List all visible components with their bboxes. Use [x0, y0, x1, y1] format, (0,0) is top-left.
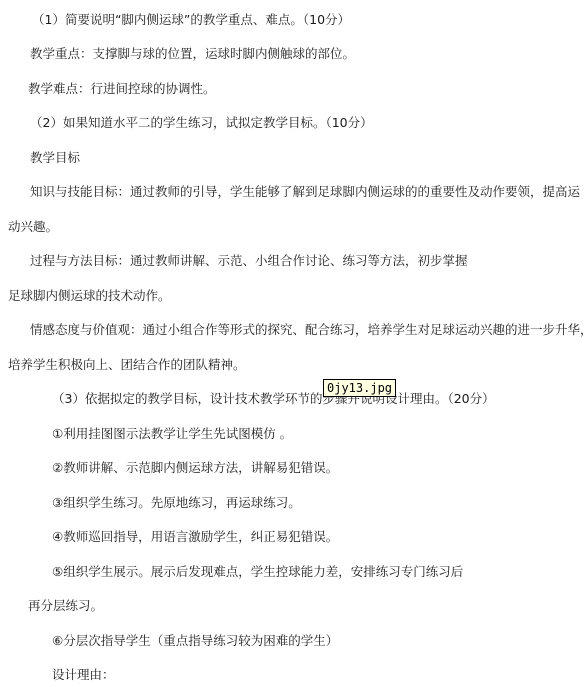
text-line: ③组织学生练习。先原地练习，再运球练习。: [52, 495, 301, 511]
text-line: 足球脚内侧运球的技术动作。: [8, 288, 171, 304]
text-line: （3）依据拟定的教学目标，设计技术教学环节的步骤并说明设计理由。（20分）: [52, 391, 495, 407]
text-line: ④教师巡回指导，用语言激励学生，纠正易犯错误。: [52, 529, 338, 545]
text-line: 情感态度与价值观：通过小组合作等形式的探究、配合练习，培养学生对足球运动兴趣的进…: [30, 322, 585, 338]
text-line: （2）如果知道水平二的学生练习，试拟定教学目标。（10分）: [30, 115, 373, 131]
text-line: 再分层练习。: [28, 598, 103, 614]
text-line: ①利用挂图图示法教学让学生先试图模仿 。: [52, 426, 292, 442]
text-line: ②教师讲解、示范脚内侧运球方法，讲解易犯错误。: [52, 460, 338, 476]
text-line: 培养学生积极向上、团结合作的团队精神。: [8, 357, 246, 373]
text-line: 过程与方法目标：通过教师讲解、示范、小组合作讨论、练习等方法，初步掌握: [30, 253, 468, 269]
text-line: 动兴趣。: [8, 219, 58, 235]
text-line: 教学难点：行进间控球的协调性。: [28, 81, 216, 97]
filename-tooltip: 0jy13.jpg: [323, 379, 396, 397]
text-line: 知识与技能目标：通过教师的引导，学生能够了解到足球脚内侧运球的的重要性及动作要领…: [30, 184, 580, 200]
text-line: ⑤组织学生展示。展示后发现难点，学生控球能力差，安排练习专门练习后: [52, 564, 463, 580]
text-line: 教学重点：支撑脚与球的位置，运球时脚内侧触球的部位。: [30, 46, 355, 62]
text-line: ⑥分层次指导学生（重点指导练习较为困难的学生）: [52, 633, 338, 649]
text-line: 教学目标: [30, 150, 80, 166]
text-line: （1）简要说明“脚内侧运球”的教学重点、难点。（10分）: [32, 12, 350, 28]
text-line: 设计理由：: [52, 667, 115, 683]
